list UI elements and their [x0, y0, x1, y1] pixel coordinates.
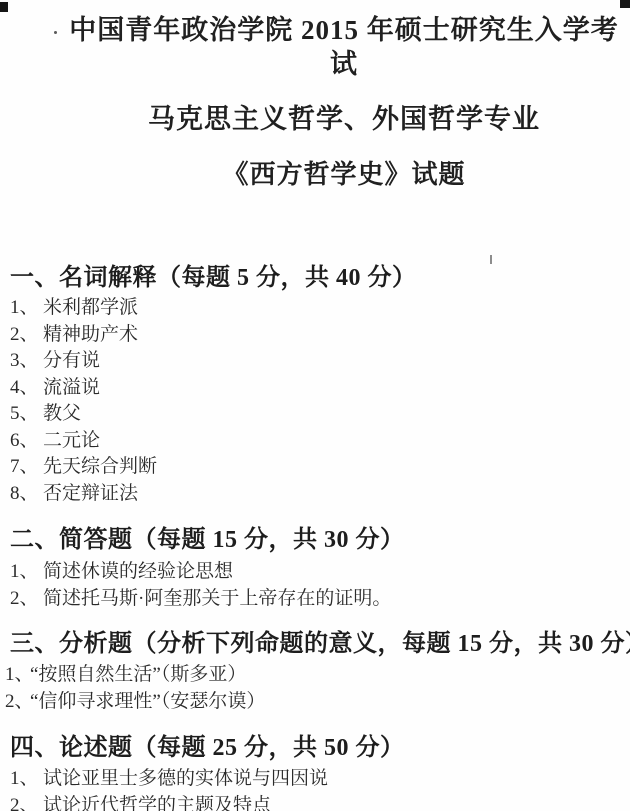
question-item: 3、分有说 — [10, 348, 624, 375]
question-item: 1、简述休谟的经验论思想 — [10, 559, 624, 586]
question-item: 4、流溢说 — [10, 375, 624, 402]
exam-title-line-1: 中国青年政治学院 2015 年硕士研究生入学考试 — [58, 13, 630, 81]
question-number: 3、 — [10, 348, 43, 375]
question-number: 6、 — [10, 428, 43, 455]
question-item: 2、简述托马斯·阿奎那关于上帝存在的证明。 — [10, 586, 624, 613]
question-text: 简述休谟的经验论思想 — [43, 561, 233, 582]
question-item: 1、试论亚里士多德的实体说与四因说 — [10, 766, 624, 793]
exam-body: 一、名词解释（每题 5 分，共 40 分） 1、米利都学派 2、精神助产术 3、… — [0, 263, 630, 811]
section-3-items: 1、“按照自然生活”（斯多亚） 2、“信仰寻求理性”（安瑟尔谟） — [5, 662, 624, 715]
question-text: 流溢说 — [43, 377, 100, 398]
section-term-explanations: 一、名词解释（每题 5 分，共 40 分） 1、米利都学派 2、精神助产术 3、… — [10, 263, 624, 507]
question-text: 否定辩证法 — [43, 483, 138, 504]
exam-paper-page: 中国青年政治学院 2015 年硕士研究生入学考试 马克思主义哲学、外国哲学专业 … — [0, 0, 630, 811]
question-item: 2、“信仰寻求理性”（安瑟尔谟） — [5, 689, 624, 716]
question-text: 精神助产术 — [43, 324, 138, 345]
question-item: 2、试论近代哲学的主题及特点 — [10, 793, 624, 811]
question-text: “信仰寻求理性”（安瑟尔谟） — [30, 691, 265, 712]
question-number: 4、 — [10, 375, 43, 402]
question-text: 米利都学派 — [43, 297, 138, 318]
question-number: 2、 — [5, 689, 30, 716]
question-text: “按照自然生活”（斯多亚） — [30, 664, 246, 685]
exam-title-line-3: 《西方哲学史》试题 — [58, 158, 630, 191]
exam-header: 中国青年政治学院 2015 年硕士研究生入学考试 马克思主义哲学、外国哲学专业 … — [0, 0, 630, 191]
section-1-heading: 一、名词解释（每题 5 分，共 40 分） — [10, 263, 624, 293]
section-short-answer: 二、简答题（每题 15 分，共 30 分） 1、简述休谟的经验论思想 2、简述托… — [10, 525, 624, 612]
scan-artifact-dot — [54, 31, 57, 34]
question-item: 2、精神助产术 — [10, 322, 624, 349]
question-text: 分有说 — [43, 350, 100, 371]
question-item: 6、二元论 — [10, 428, 624, 455]
question-number: 2、 — [10, 793, 43, 811]
question-number: 1、 — [10, 766, 43, 793]
question-number: 8、 — [10, 481, 43, 508]
section-essay: 四、论述题（每题 25 分，共 50 分） 1、试论亚里士多德的实体说与四因说 … — [10, 733, 624, 811]
question-text: 试论亚里士多德的实体说与四因说 — [43, 768, 328, 789]
question-number: 1、 — [5, 662, 30, 689]
question-text: 二元论 — [43, 430, 100, 451]
question-item: 8、否定辩证法 — [10, 481, 624, 508]
scan-artifact-top-right — [620, 0, 630, 8]
section-3-heading: 三、分析题（分析下列命题的意义，每题 15 分，共 30 分） — [10, 629, 624, 659]
question-text: 试论近代哲学的主题及特点 — [43, 795, 271, 811]
question-number: 2、 — [10, 586, 43, 613]
question-item: 1、米利都学派 — [10, 295, 624, 322]
question-item: 1、“按照自然生活”（斯多亚） — [5, 662, 624, 689]
question-text: 简述托马斯·阿奎那关于上帝存在的证明。 — [43, 588, 391, 609]
question-number: 1、 — [10, 559, 43, 586]
section-2-heading: 二、简答题（每题 15 分，共 30 分） — [10, 525, 624, 555]
question-item: 7、先天综合判断 — [10, 454, 624, 481]
scan-artifact-tick — [490, 255, 492, 264]
scan-artifact-top-left — [0, 2, 8, 12]
question-text: 教父 — [43, 403, 81, 424]
section-1-items: 1、米利都学派 2、精神助产术 3、分有说 4、流溢说 5、教父 6、二元论 — [10, 295, 624, 507]
section-4-heading: 四、论述题（每题 25 分，共 50 分） — [10, 733, 624, 763]
question-item: 5、教父 — [10, 401, 624, 428]
question-number: 1、 — [10, 295, 43, 322]
question-text: 先天综合判断 — [43, 456, 157, 477]
question-number: 7、 — [10, 454, 43, 481]
question-number: 2、 — [10, 322, 43, 349]
section-2-items: 1、简述休谟的经验论思想 2、简述托马斯·阿奎那关于上帝存在的证明。 — [10, 559, 624, 612]
section-analysis: 三、分析题（分析下列命题的意义，每题 15 分，共 30 分） 1、“按照自然生… — [10, 629, 624, 715]
question-number: 5、 — [10, 401, 43, 428]
section-4-items: 1、试论亚里士多德的实体说与四因说 2、试论近代哲学的主题及特点 — [10, 766, 624, 811]
exam-title-line-2: 马克思主义哲学、外国哲学专业 — [58, 102, 630, 136]
